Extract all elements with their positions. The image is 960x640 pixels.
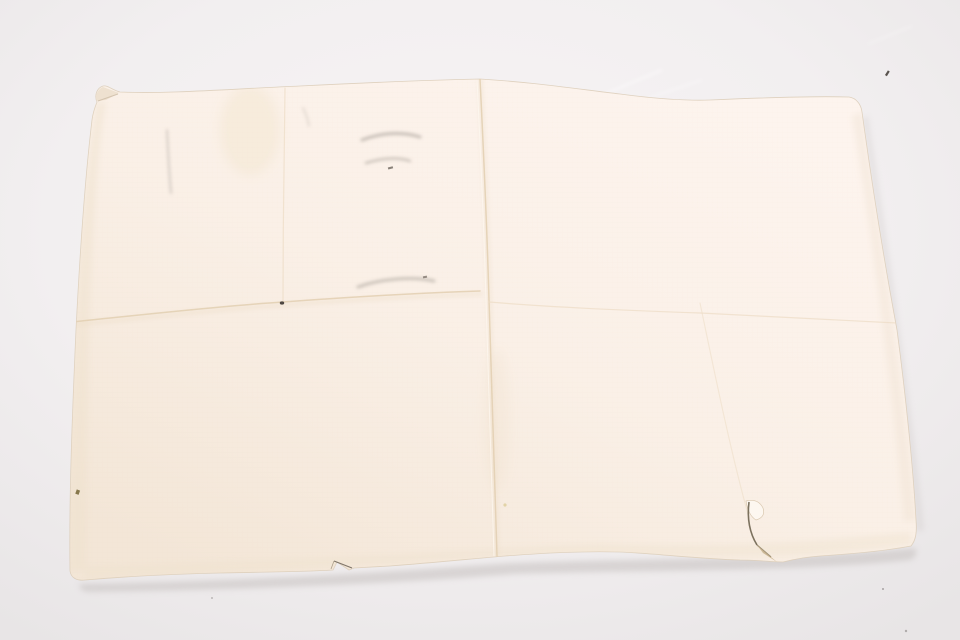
stain-upper-left [220, 85, 280, 175]
photo-canvas [0, 0, 960, 640]
dust-speck-3 [211, 597, 213, 599]
dust-speck-1 [882, 588, 884, 590]
dust-speck-2 [905, 630, 907, 632]
fold-intersection-speck [280, 301, 284, 304]
photo-of-blank-folded-paper [0, 0, 960, 640]
yellow-speck [503, 503, 506, 506]
